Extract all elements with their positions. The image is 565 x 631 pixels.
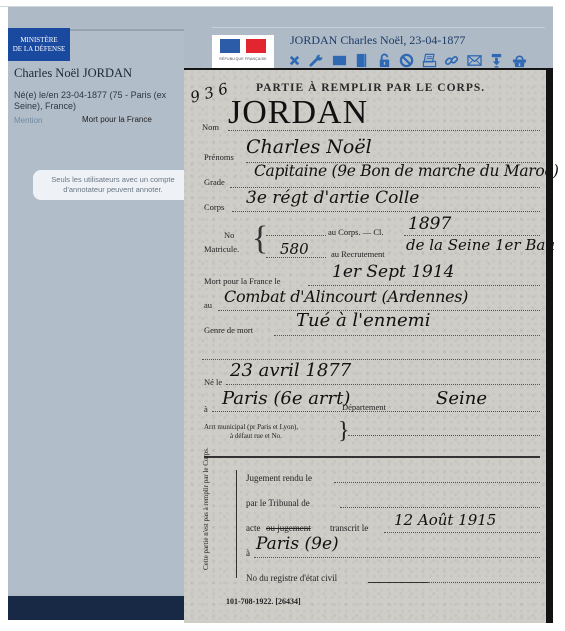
dotted-line <box>334 482 540 483</box>
basket-icon[interactable] <box>511 52 527 68</box>
mort-lieu: Combat d'Alincourt (Ardennes) <box>224 287 468 306</box>
dotted-line <box>340 507 540 508</box>
wrench-icon[interactable] <box>309 52 325 68</box>
dotted-line <box>348 435 540 436</box>
grade-value: Capitaine (9e Bon de marche du Maroc) <box>254 162 559 180</box>
form-code: 101-708-1922. [26434] <box>226 597 301 606</box>
brace: { <box>252 220 268 258</box>
logo-text: RÉPUBLIQUE FRANÇAISE <box>212 57 274 61</box>
nom-value: JORDAN <box>228 94 368 132</box>
mort-label: Mort pour la France le <box>204 276 280 286</box>
registre-label: No du registre d'état civil <box>246 573 337 583</box>
panel-horizontal-icon[interactable] <box>331 52 347 68</box>
tribunal-label: par le Tribunal de <box>246 498 310 508</box>
record-sidebar <box>8 28 184 593</box>
dotted-line <box>266 235 326 236</box>
sidebar-top-divider <box>70 29 184 31</box>
annotation-notice: Seuls les utilisateurs avec un compte d'… <box>33 170 193 200</box>
dotted-line <box>212 411 540 412</box>
ne-label: Né le <box>204 377 222 387</box>
mention-value: Mort pour la France <box>82 115 152 124</box>
flag-red-icon <box>246 39 266 53</box>
matricule-value: 580 <box>280 240 309 258</box>
dotted-line <box>232 211 540 212</box>
ministry-logo[interactable]: MINISTÈRE DE LA DÉFENSE <box>8 28 70 61</box>
link-icon[interactable] <box>444 52 460 68</box>
arr-label: Arrt municipal (pr Paris et Lyon), <box>204 423 298 431</box>
a-value: Paris (6e arrt) <box>222 388 350 409</box>
republique-francaise-logo: RÉPUBLIQUE FRANÇAISE <box>212 35 274 68</box>
jugement-label: Jugement rendu le <box>246 473 312 483</box>
dotted-line <box>308 285 540 286</box>
brace: } <box>338 418 350 445</box>
acte-strike: ou jugement <box>266 523 311 533</box>
mention-label: Mention <box>14 116 42 125</box>
au-corps-label: au Corps. — Cl. <box>328 227 384 237</box>
viewer-toolbar <box>286 50 534 70</box>
mort-date: 1er Sept 1914 <box>332 262 455 282</box>
recrutement-value: de la Seine 1er Bau <box>406 236 555 254</box>
dotted-line <box>266 257 326 258</box>
no-label: No <box>224 230 234 240</box>
viewer-title: JORDAN Charles Noël, 23-04-1877 <box>290 33 465 48</box>
prenoms-value: Charles Noël <box>246 136 372 158</box>
solid-line <box>368 582 428 583</box>
document-right-edge <box>546 70 553 623</box>
arr-label-2: à défaut rue et No. <box>230 432 282 440</box>
unlock-icon[interactable] <box>376 52 392 68</box>
acte-prefix: acte <box>246 523 260 533</box>
dotted-line <box>274 335 540 336</box>
ne-value: 23 avril 1877 <box>230 360 351 381</box>
panel-vertical-icon[interactable] <box>354 52 370 68</box>
section-separator <box>204 456 540 458</box>
classe-value: 1897 <box>408 214 451 234</box>
prenoms-label: Prénoms <box>204 152 234 162</box>
close-icon[interactable] <box>286 52 302 68</box>
sidebar-footer <box>8 596 184 620</box>
corps-label: Corps <box>204 202 224 212</box>
corps-value: 3e régt d'artie Colle <box>246 188 419 208</box>
flag-blue-icon <box>220 39 240 53</box>
a-label: à <box>204 404 208 414</box>
margin-number: 9 3 6 <box>188 79 230 106</box>
download-icon[interactable] <box>489 52 505 68</box>
matricule-label: Matricule. <box>204 244 239 254</box>
lieu-prefix: à <box>246 548 250 558</box>
header-divider <box>212 27 545 28</box>
print-icon[interactable] <box>421 52 437 68</box>
mail-icon[interactable] <box>466 52 482 68</box>
recrutement-label: au Recrutement <box>331 249 385 259</box>
dotted-line <box>226 384 540 385</box>
block-icon[interactable] <box>399 52 415 68</box>
document-scan[interactable]: 9 3 6 PARTIE À REMPLIR PAR LE CORPS. Nom… <box>184 70 546 623</box>
nom-label: Nom <box>202 122 219 132</box>
dotted-line <box>254 557 540 558</box>
departement-value: Seine <box>436 388 487 409</box>
genre-value: Tué à l'ennemi <box>296 310 430 331</box>
dotted-line <box>384 532 540 533</box>
dotted-line <box>228 130 540 131</box>
birth-info: Né(e) le/en 23-04-1877 (75 - Paris (ex S… <box>14 90 190 112</box>
lieu-value: Paris (9e) <box>256 534 339 554</box>
dotted-line <box>428 582 540 583</box>
acte-suffix: transcrit le <box>330 523 368 533</box>
grade-label: Grade <box>204 177 225 187</box>
side-bracket <box>236 470 237 578</box>
mort-lieu-prefix: au <box>204 300 212 310</box>
document-heading: PARTIE À REMPLIR PAR LE CORPS. <box>256 82 485 94</box>
person-name: Charles Noël JORDAN <box>14 66 132 81</box>
genre-label: Genre de mort <box>204 325 253 335</box>
acte-value: 12 Août 1915 <box>394 511 496 529</box>
